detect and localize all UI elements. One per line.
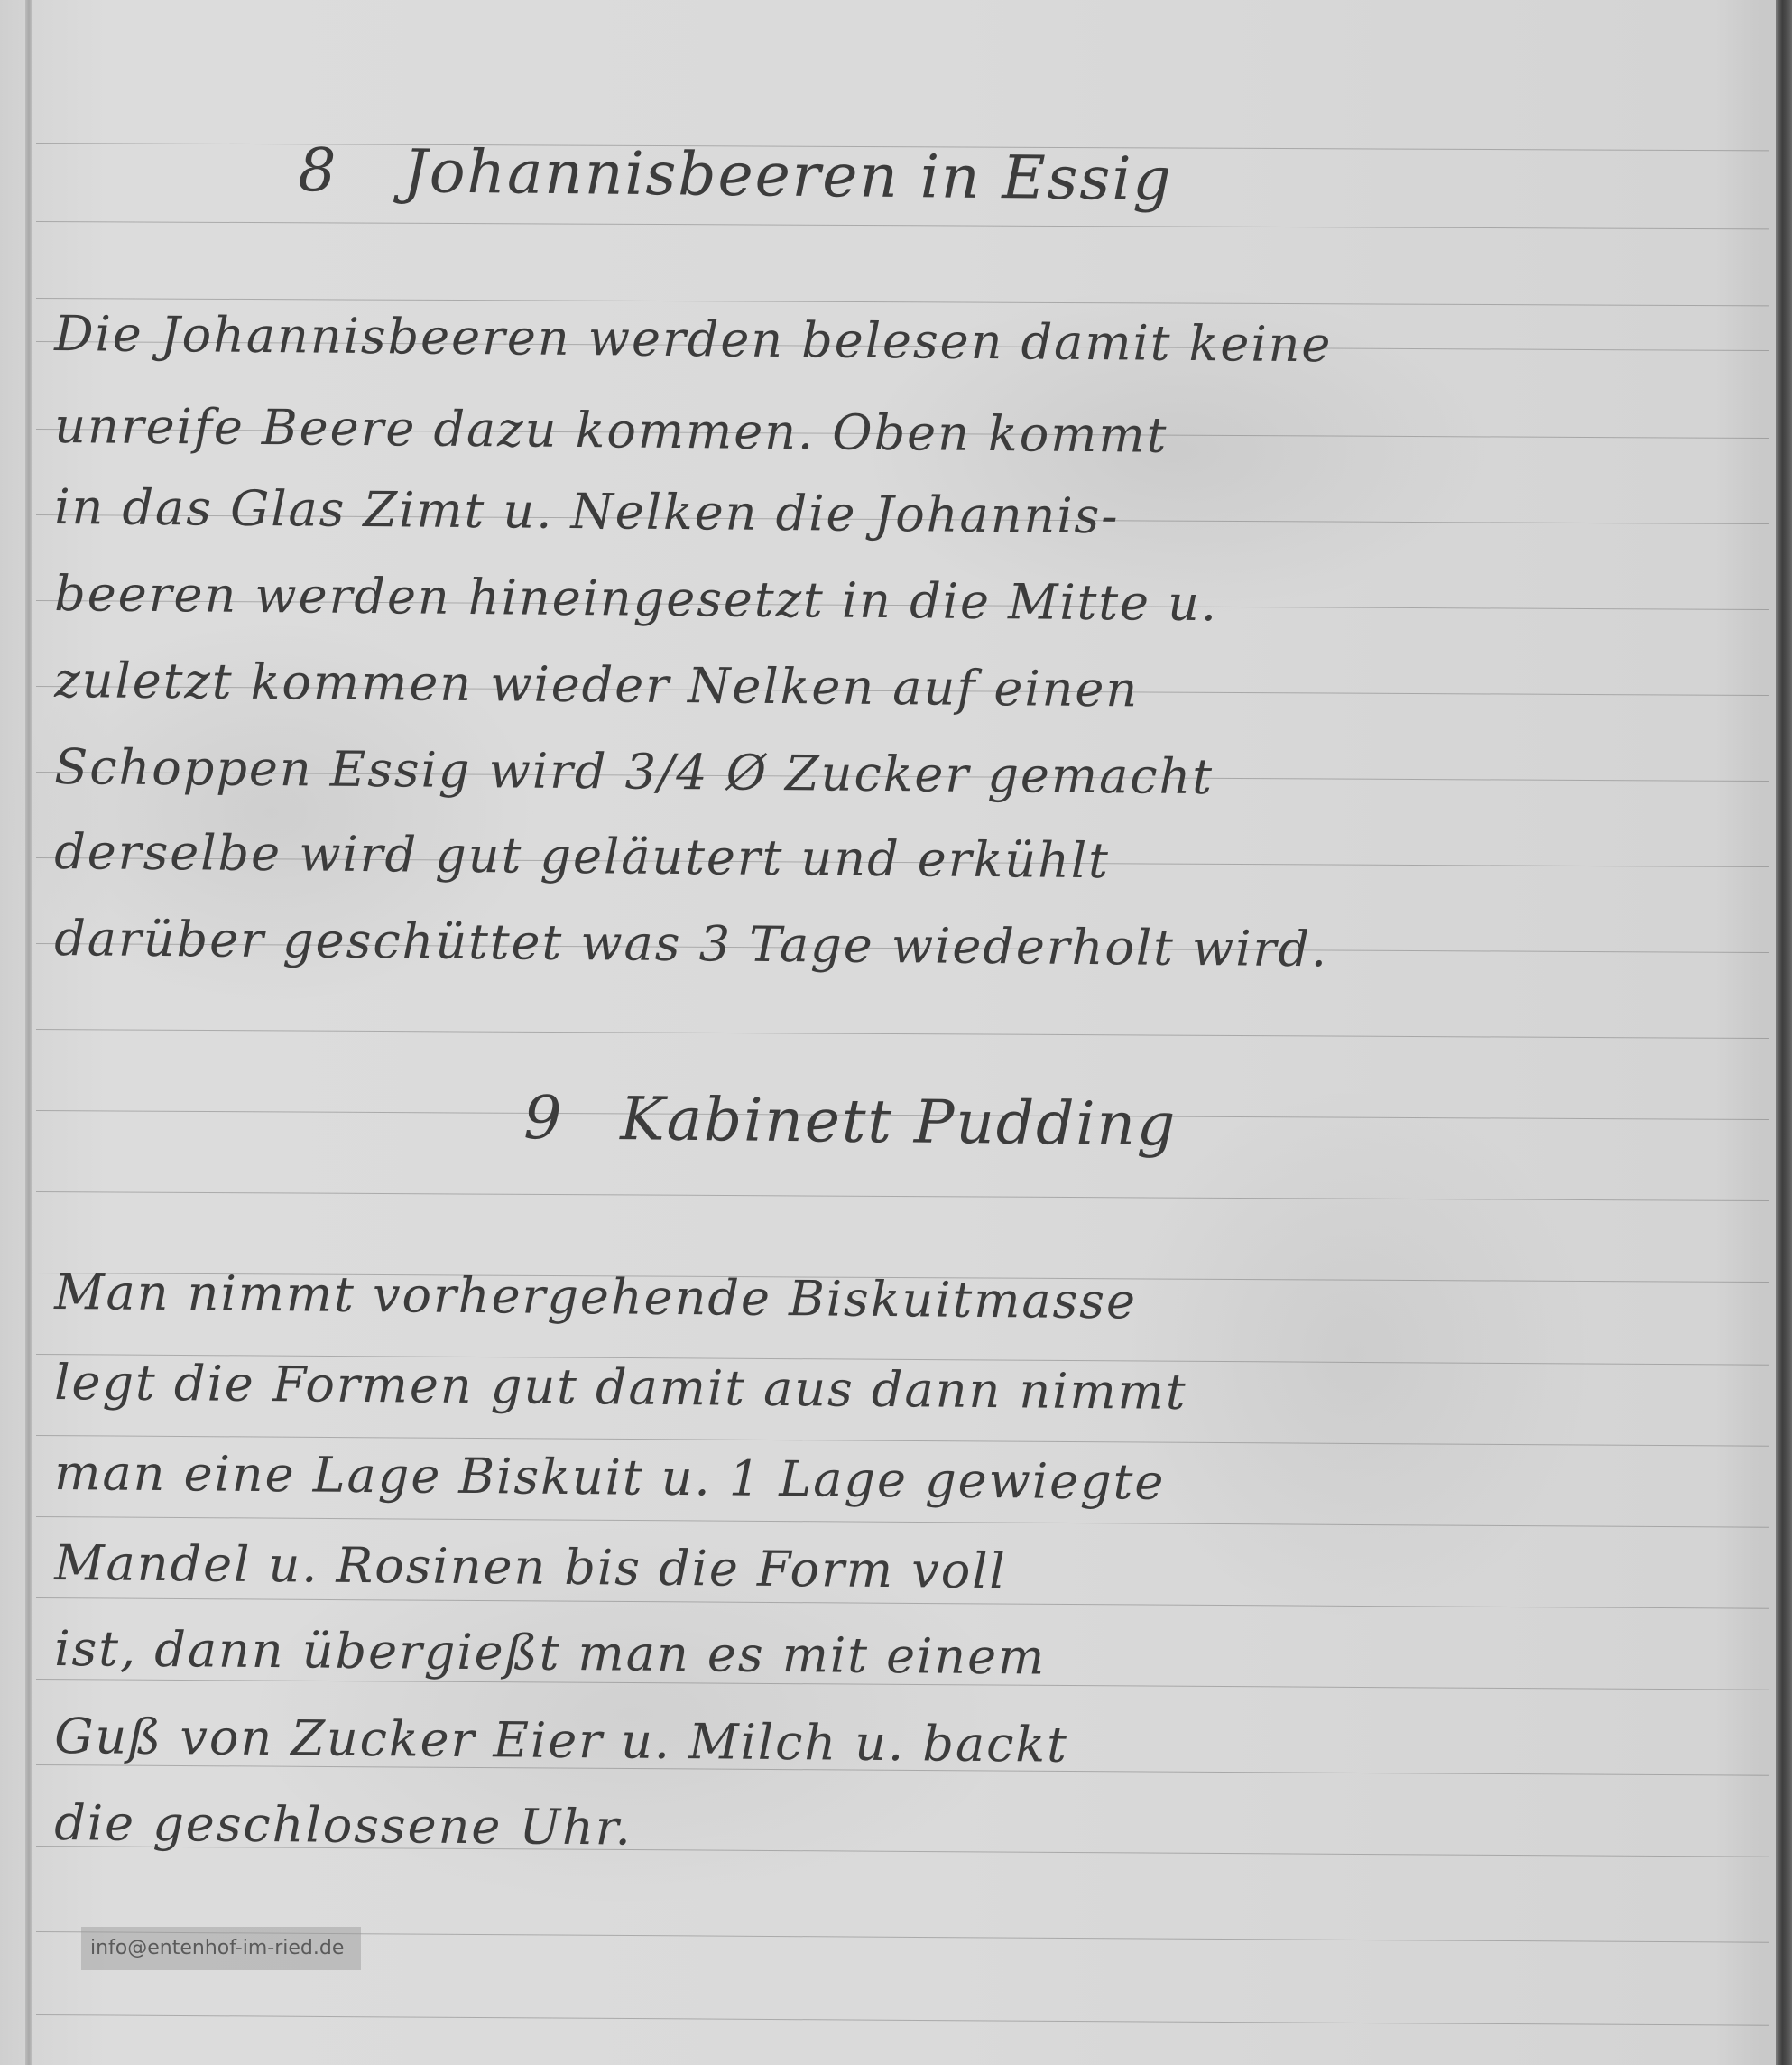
recipe-number: 8 bbox=[298, 135, 338, 205]
ruled-line bbox=[36, 1435, 1769, 1447]
recipe-text-line: ist, dann übergießt man es mit einem bbox=[54, 1620, 1047, 1686]
recipe-text-line: zuletzt kommen wieder Nelken auf einen bbox=[54, 652, 1139, 718]
recipe-text-line: Schoppen Essig wird 3/4 Ø Zucker gemacht bbox=[54, 738, 1214, 805]
recipe-heading: 9 Kabinett Pudding bbox=[523, 1083, 1178, 1160]
recipe-text-line: legt die Formen gut damit aus dann nimmt bbox=[54, 1354, 1187, 1421]
recipe-text-line: Guß von Zucker Eier u. Milch u. backt bbox=[54, 1708, 1068, 1773]
recipe-number: 9 bbox=[523, 1083, 564, 1153]
page-binding-edge bbox=[25, 0, 32, 2065]
recipe-text-line: in das Glas Zimt u. Nelken die Johannis- bbox=[54, 478, 1120, 544]
recipe-title: Kabinett Pudding bbox=[620, 1084, 1178, 1159]
recipe-title: Johannisbeeren in Essig bbox=[403, 136, 1173, 214]
ruled-line bbox=[36, 1029, 1769, 1039]
recipe-text-line: darüber geschüttet was 3 Tage wiederholt… bbox=[54, 910, 1328, 977]
ruled-line bbox=[36, 2014, 1769, 2026]
scanned-page: 8 Johannisbeeren in Essig Die Johannisbe… bbox=[0, 0, 1792, 2065]
recipe-text-line: Man nimmt vorhergehende Biskuitmasse bbox=[54, 1264, 1137, 1329]
page-right-edge bbox=[1776, 0, 1792, 2065]
recipe-text-line: die geschlossene Uhr. bbox=[54, 1794, 633, 1857]
ruled-line bbox=[36, 1191, 1769, 1201]
ruled-line bbox=[36, 1516, 1769, 1528]
recipe-text-line: man eine Lage Biskuit u. 1 Lage gewiegte bbox=[54, 1444, 1166, 1511]
ruled-line bbox=[36, 1597, 1769, 1609]
ruled-line bbox=[36, 221, 1769, 229]
recipe-text-line: Mandel u. Rosinen bis die Form voll bbox=[54, 1534, 1007, 1599]
watermark-email: info@entenhof-im-ried.de bbox=[81, 1927, 361, 1970]
recipe-heading: 8 Johannisbeeren in Essig bbox=[298, 135, 1173, 214]
ruled-line bbox=[36, 298, 1769, 306]
recipe-text-line: unreife Beere dazu kommen. Oben kommt bbox=[54, 397, 1168, 464]
recipe-text-line: beeren werden hineingesetzt in die Mitte… bbox=[54, 565, 1218, 632]
recipe-text-line: derselbe wird gut geläutert und erkühlt bbox=[54, 823, 1110, 889]
recipe-text-line: Die Johannisbeeren werden belesen damit … bbox=[54, 305, 1333, 373]
